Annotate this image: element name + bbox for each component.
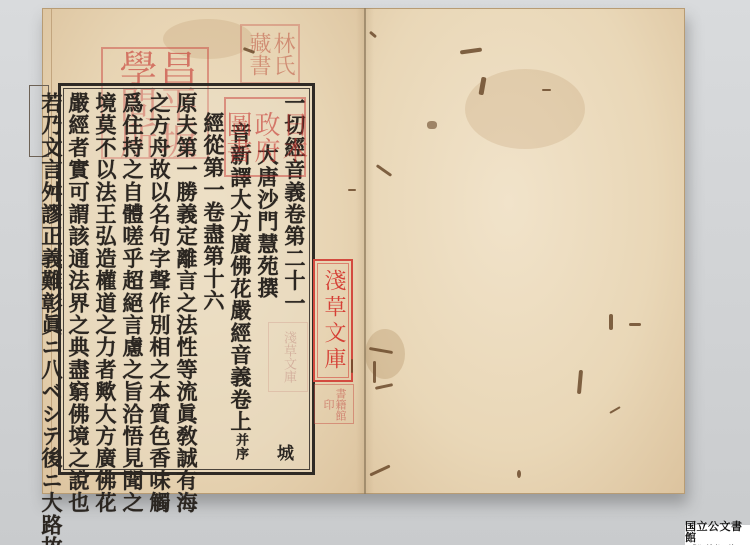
wormhole [427,121,437,129]
book-spine [364,8,366,494]
footer-character: 城 [277,439,294,464]
seal-middle: 日本政府圖書 [224,97,306,177]
text-column-body: 嚴經者實可謂該通法界之典盡窮佛境之說也 [66,92,90,466]
seal-asakusa-bunko: 淺草文庫 [313,259,353,382]
left-page: 昌平坂學問所 林氏藏書 𢧐部 一切經音義卷第二十一 大唐沙門慧苑撰 音新譯大方廣… [42,8,365,494]
wormhole [542,89,551,91]
wormhole [517,470,521,478]
seal-top-square: 林氏藏書 [240,24,300,84]
subtitle-note: 并序 [233,433,248,461]
wormhole [609,406,620,414]
wormhole [348,189,356,191]
text-column-body: 之方舟故以名句字聲作別相之本質色香味觸 [147,92,171,466]
wormhole [375,383,393,390]
right-page [365,8,685,494]
wormhole [629,323,641,326]
open-book: 昌平坂學問所 林氏藏書 𢧐部 一切經音義卷第二十一 大唐沙門慧苑撰 音新譯大方廣… [42,8,685,494]
seal-faint: 淺草文庫 [268,322,308,392]
watermark-jp: 国立公文書館 [685,521,750,543]
wormhole [460,47,482,54]
text-column-body: 若乃文言舛謬正義難彰眞ニ八ベシテ後ニ大路故 [39,92,63,466]
wormhole [351,359,353,373]
wormhole [577,370,583,394]
archives-watermark: 国立公文書館 National Archives of Japan [685,525,750,545]
wormhole [609,314,613,330]
text-column-body: 爲住持之自體嗟乎超絕言慮之旨洽悟見聞之 [120,92,144,466]
text-column-body: 原夫第一勝義定離言之法性等流眞敎誠有海 [174,92,198,466]
wormhole [376,164,392,177]
text-column-body: 境莫不以法王弘造權道之力者歟大方廣佛花 [93,92,117,466]
seal-small-bottom: 書籍館印 [314,384,354,424]
